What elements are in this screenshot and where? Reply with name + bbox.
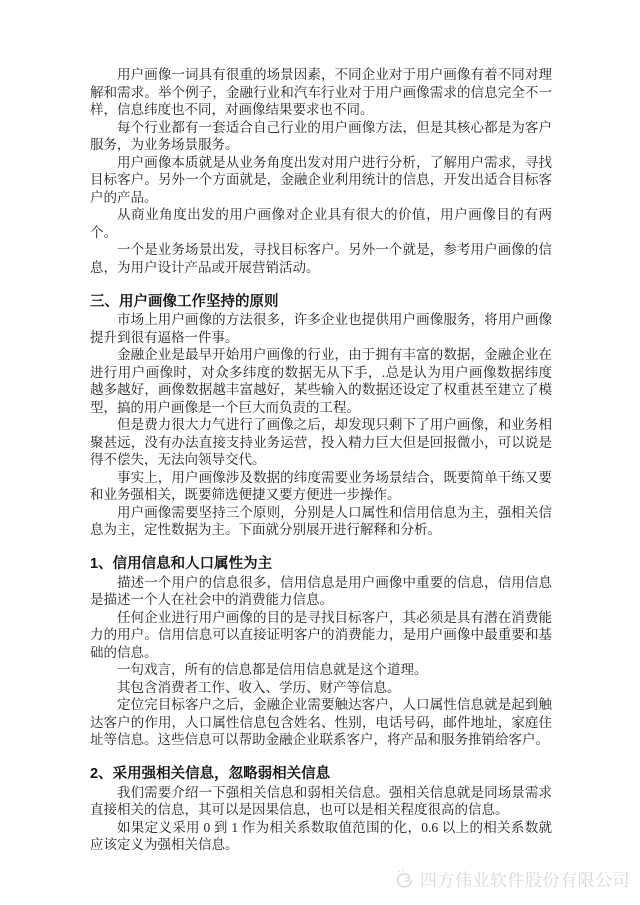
body-paragraph: 如果定义采用 0 到 1 作为相关系数取值范围的化，0.6 以上的相关系数就应该…	[90, 819, 552, 854]
body-paragraph: 其包含消费者工作、收入、学历、财产等信息。	[90, 679, 552, 697]
body-paragraph: 市场上用户画像的方法很多，许多企业也提供用户画像服务，将用户画像提升到很有逼格一…	[90, 311, 552, 346]
body-paragraph: 一句戏言，所有的信息都是信用信息就是这个道理。	[90, 661, 552, 679]
section-heading: 1、信用信息和人口属性为主	[90, 556, 552, 574]
body-paragraph: 用户画像一词具有很重的场景因素，不同企业对于用户画像有着不同对理解和需求。举个例…	[90, 66, 552, 119]
company-watermark-label: 四方伟业软件股份有限公司	[420, 866, 630, 891]
body-paragraph: 定位完目标客户之后，金融企业需要触达客户，人口属性信息就是起到触达客户的作用，人…	[90, 696, 552, 749]
body-paragraph: 用户画像需要坚持三个原则，分别是人口属性和信用信息为主，强相关信息为主，定性数据…	[90, 504, 552, 539]
body-paragraph: 一个是业务场景出发，寻找目标客户。另外一个就是，参考用户画像的信息，为用户设计产…	[90, 241, 552, 276]
document-page: 用户画像一词具有很重的场景因素，不同企业对于用户画像有着不同对理解和需求。举个例…	[0, 0, 640, 905]
section-heading: 2、采用强相关信息，忽略弱相关信息	[90, 766, 552, 784]
company-watermark: 四方伟业软件股份有限公司	[392, 866, 630, 891]
body-paragraph: 从商业角度出发的用户画像对企业具有很大的价值，用户画像目的有两个。	[90, 206, 552, 241]
body-paragraph: 用户画像本质就是从业务角度出发对用户进行分析，了解用户需求，寻找目标客户。另外一…	[90, 154, 552, 207]
company-logo-icon	[392, 868, 416, 890]
article-body: 用户画像一词具有很重的场景因素，不同企业对于用户画像有着不同对理解和需求。举个例…	[90, 66, 552, 854]
body-paragraph: 每个行业都有一套适合自己行业的用户画像方法，但是其核心都是为客户服务，为业务场景…	[90, 119, 552, 154]
body-paragraph: 但是费力很大力气进行了画像之后，却发现只剩下了用户画像，和业务相聚甚远，没有办法…	[90, 416, 552, 469]
body-paragraph: 任何企业进行用户画像的目的是寻找目标客户，其必须是具有潜在消费能力的用户。信用信…	[90, 609, 552, 662]
body-paragraph: 描述一个用户的信息很多，信用信息是用户画像中重要的信息，信用信息是描述一个人在社…	[90, 574, 552, 609]
section-heading: 三、用户画像工作坚持的原则	[90, 294, 552, 312]
body-paragraph: 事实上，用户画像涉及数据的纬度需要业务场景结合，既要简单干练又要和业务强相关，既…	[90, 469, 552, 504]
body-paragraph: 我们需要介绍一下强相关信息和弱相关信息。强相关信息就是同场景需求直接相关的信息，…	[90, 784, 552, 819]
body-paragraph: 金融企业是最早开始用户画像的行业，由于拥有丰富的数据，金融企业在进行用户画像时，…	[90, 346, 552, 416]
